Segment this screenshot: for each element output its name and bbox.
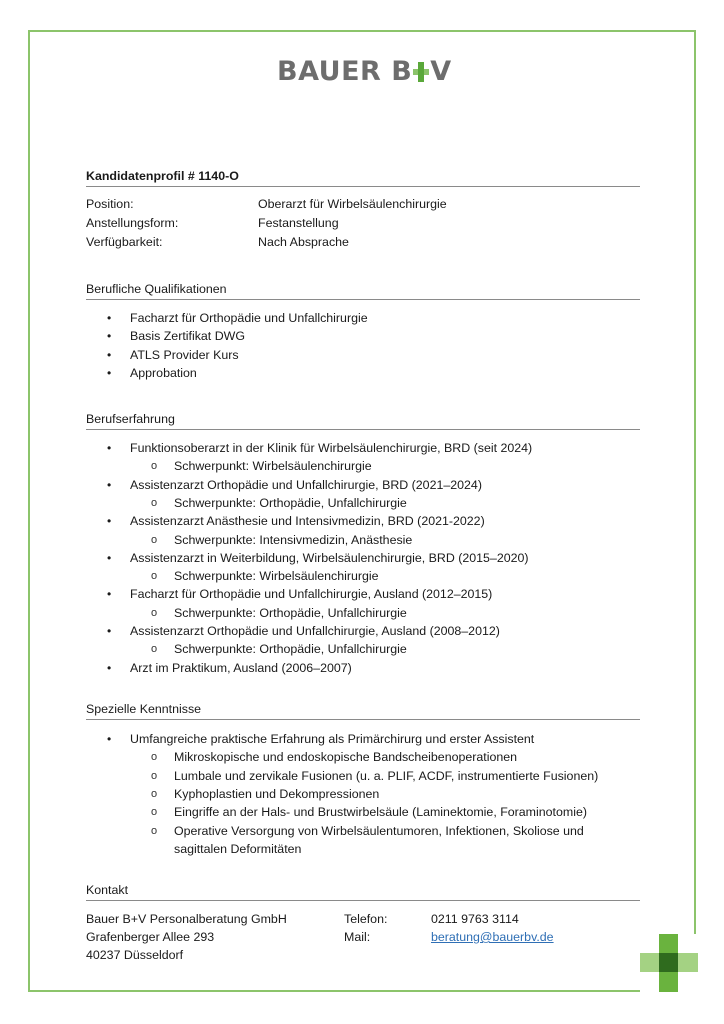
- phone-number: 0211 9763 3114: [431, 910, 554, 928]
- circle-bullet-icon: o: [151, 457, 157, 475]
- bullet-icon: •: [107, 346, 111, 364]
- skill-subitem: oKyphoplastien und Dekompressionen: [174, 785, 379, 803]
- contact-values: 0211 9763 3114 beratung@bauerbv.de: [431, 910, 554, 946]
- circle-bullet-icon: o: [151, 604, 157, 622]
- bullet-icon: •: [107, 364, 111, 382]
- list-item-text: Kyphoplastien und Dekompressionen: [174, 787, 379, 801]
- list-item-text: Schwerpunkte: Wirbelsäulenchirurgie: [174, 569, 379, 583]
- circle-bullet-icon: o: [151, 785, 157, 803]
- skill-item: •Umfangreiche praktische Erfahrung als P…: [130, 730, 534, 748]
- contact-heading: Kontakt: [86, 882, 640, 901]
- list-item-text: Facharzt für Orthopädie und Unfallchirur…: [130, 587, 492, 601]
- experience-item: •Funktionsoberarzt in der Klinik für Wir…: [130, 439, 532, 457]
- experience-subitem: oSchwerpunkte: Intensivmedizin, Anästhes…: [174, 531, 412, 549]
- logo-text-right: V: [430, 56, 451, 87]
- list-item-text: Facharzt für Orthopädie und Unfallchirur…: [130, 311, 368, 325]
- page-frame-bottom: [28, 990, 640, 992]
- field-label: Verfügbarkeit:: [86, 233, 162, 251]
- experience-subitem: oSchwerpunkte: Wirbelsäulenchirurgie: [174, 567, 379, 585]
- list-item-text: Basis Zertifikat DWG: [130, 329, 245, 343]
- phone-label: Telefon:: [344, 910, 387, 928]
- circle-bullet-icon: o: [151, 640, 157, 658]
- list-item-text: Lumbale und zervikale Fusionen (u. a. PL…: [174, 769, 598, 783]
- street: Grafenberger Allee 293: [86, 928, 287, 946]
- circle-bullet-icon: o: [151, 803, 157, 821]
- list-item-text: Assistenzarzt Anästhesie und Intensivmed…: [130, 514, 485, 528]
- experience-subitem: oSchwerpunkte: Orthopädie, Unfallchirurg…: [174, 604, 407, 622]
- experience-subitem: oSchwerpunkt: Wirbelsäulenchirurgie: [174, 457, 372, 475]
- experience-item: •Facharzt für Orthopädie und Unfallchiru…: [130, 585, 492, 603]
- list-item-text: Schwerpunkte: Orthopädie, Unfallchirurgi…: [174, 642, 407, 656]
- mail-label: Mail:: [344, 928, 387, 946]
- qualification-item: •Basis Zertifikat DWG: [130, 327, 245, 345]
- experience-heading: Berufserfahrung: [86, 411, 640, 430]
- profile-title: Kandidatenprofil # 1140-O: [86, 168, 640, 187]
- field-label: Position:: [86, 195, 134, 213]
- qualification-item: •Facharzt für Orthopädie und Unfallchiru…: [130, 309, 368, 327]
- field-label: Anstellungsform:: [86, 214, 178, 232]
- bullet-icon: •: [107, 476, 111, 494]
- bullet-icon: •: [107, 585, 111, 603]
- bullet-icon: •: [107, 659, 111, 677]
- skill-subitem: oEingriffe an der Hals- und Brustwirbels…: [174, 803, 587, 821]
- qualification-item: •ATLS Provider Kurs: [130, 346, 239, 364]
- brand-logo: BAUER BV: [277, 54, 452, 90]
- list-item-text: Schwerpunkte: Intensivmedizin, Anästhesi…: [174, 533, 412, 547]
- circle-bullet-icon: o: [151, 822, 157, 840]
- skills-heading: Spezielle Kenntnisse: [86, 701, 640, 720]
- list-item-text: Assistenzarzt Orthopädie und Unfallchiru…: [130, 624, 500, 638]
- circle-bullet-icon: o: [151, 567, 157, 585]
- skill-subitem: oMikroskopische und endoskopische Bandsc…: [174, 748, 517, 766]
- list-item-text: sagittalen Deformitäten: [174, 842, 301, 856]
- bullet-icon: •: [107, 327, 111, 345]
- bullet-icon: •: [107, 730, 111, 748]
- list-item-text: Schwerpunkt: Wirbelsäulenchirurgie: [174, 459, 372, 473]
- bullet-icon: •: [107, 622, 111, 640]
- list-item-text: Assistenzarzt in Weiterbildung, Wirbelsä…: [130, 551, 529, 565]
- company-name: Bauer B+V Personalberatung GmbH: [86, 910, 287, 928]
- list-item-text: Schwerpunkte: Orthopädie, Unfallchirurgi…: [174, 496, 407, 510]
- experience-item: •Assistenzarzt in Weiterbildung, Wirbels…: [130, 549, 529, 567]
- experience-item: •Arzt im Praktikum, Ausland (2006–2007): [130, 659, 352, 677]
- plus-icon: [413, 62, 429, 82]
- circle-bullet-icon: o: [151, 748, 157, 766]
- list-item-text: Approbation: [130, 366, 197, 380]
- list-item-text: Umfangreiche praktische Erfahrung als Pr…: [130, 732, 534, 746]
- skill-subitem: oOperative Versorgung von Wirbelsäulentu…: [174, 822, 584, 840]
- list-item-text: Assistenzarzt Orthopädie und Unfallchiru…: [130, 478, 482, 492]
- logo-text-left: BAUER B: [277, 56, 412, 87]
- contact-labels: Telefon: Mail:: [344, 910, 387, 946]
- skill-subitem-continuation: sagittalen Deformitäten: [174, 840, 301, 858]
- list-item-text: Mikroskopische und endoskopische Bandsch…: [174, 750, 517, 764]
- experience-subitem: oSchwerpunkte: Orthopädie, Unfallchirurg…: [174, 494, 407, 512]
- qualification-item: •Approbation: [130, 364, 197, 382]
- bullet-icon: •: [107, 512, 111, 530]
- list-item-text: ATLS Provider Kurs: [130, 348, 239, 362]
- contact-address: Bauer B+V Personalberatung GmbH Grafenbe…: [86, 910, 287, 964]
- experience-item: •Assistenzarzt Anästhesie und Intensivme…: [130, 512, 485, 530]
- list-item-text: Operative Versorgung von Wirbelsäulentum…: [174, 824, 584, 838]
- list-item-text: Funktionsoberarzt in der Klinik für Wirb…: [130, 441, 532, 455]
- circle-bullet-icon: o: [151, 531, 157, 549]
- field-value: Festanstellung: [258, 214, 339, 232]
- page-frame-right: [694, 30, 696, 934]
- city: 40237 Düsseldorf: [86, 946, 287, 964]
- bullet-icon: •: [107, 439, 111, 457]
- mail-link[interactable]: beratung@bauerbv.de: [431, 930, 554, 944]
- experience-subitem: oSchwerpunkte: Orthopädie, Unfallchirurg…: [174, 640, 407, 658]
- list-item-text: Schwerpunkte: Orthopädie, Unfallchirurgi…: [174, 606, 407, 620]
- list-item-text: Eingriffe an der Hals- und Brustwirbelsä…: [174, 805, 587, 819]
- qualifications-heading: Berufliche Qualifikationen: [86, 281, 640, 300]
- field-value: Oberarzt für Wirbelsäulenchirurgie: [258, 195, 447, 213]
- bullet-icon: •: [107, 309, 111, 327]
- bullet-icon: •: [107, 549, 111, 567]
- field-value: Nach Absprache: [258, 233, 349, 251]
- experience-item: •Assistenzarzt Orthopädie und Unfallchir…: [130, 622, 500, 640]
- list-item-text: Arzt im Praktikum, Ausland (2006–2007): [130, 661, 352, 675]
- corner-cross-icon: [640, 934, 698, 992]
- circle-bullet-icon: o: [151, 494, 157, 512]
- circle-bullet-icon: o: [151, 767, 157, 785]
- experience-item: •Assistenzarzt Orthopädie und Unfallchir…: [130, 476, 482, 494]
- skill-subitem: oLumbale und zervikale Fusionen (u. a. P…: [174, 767, 598, 785]
